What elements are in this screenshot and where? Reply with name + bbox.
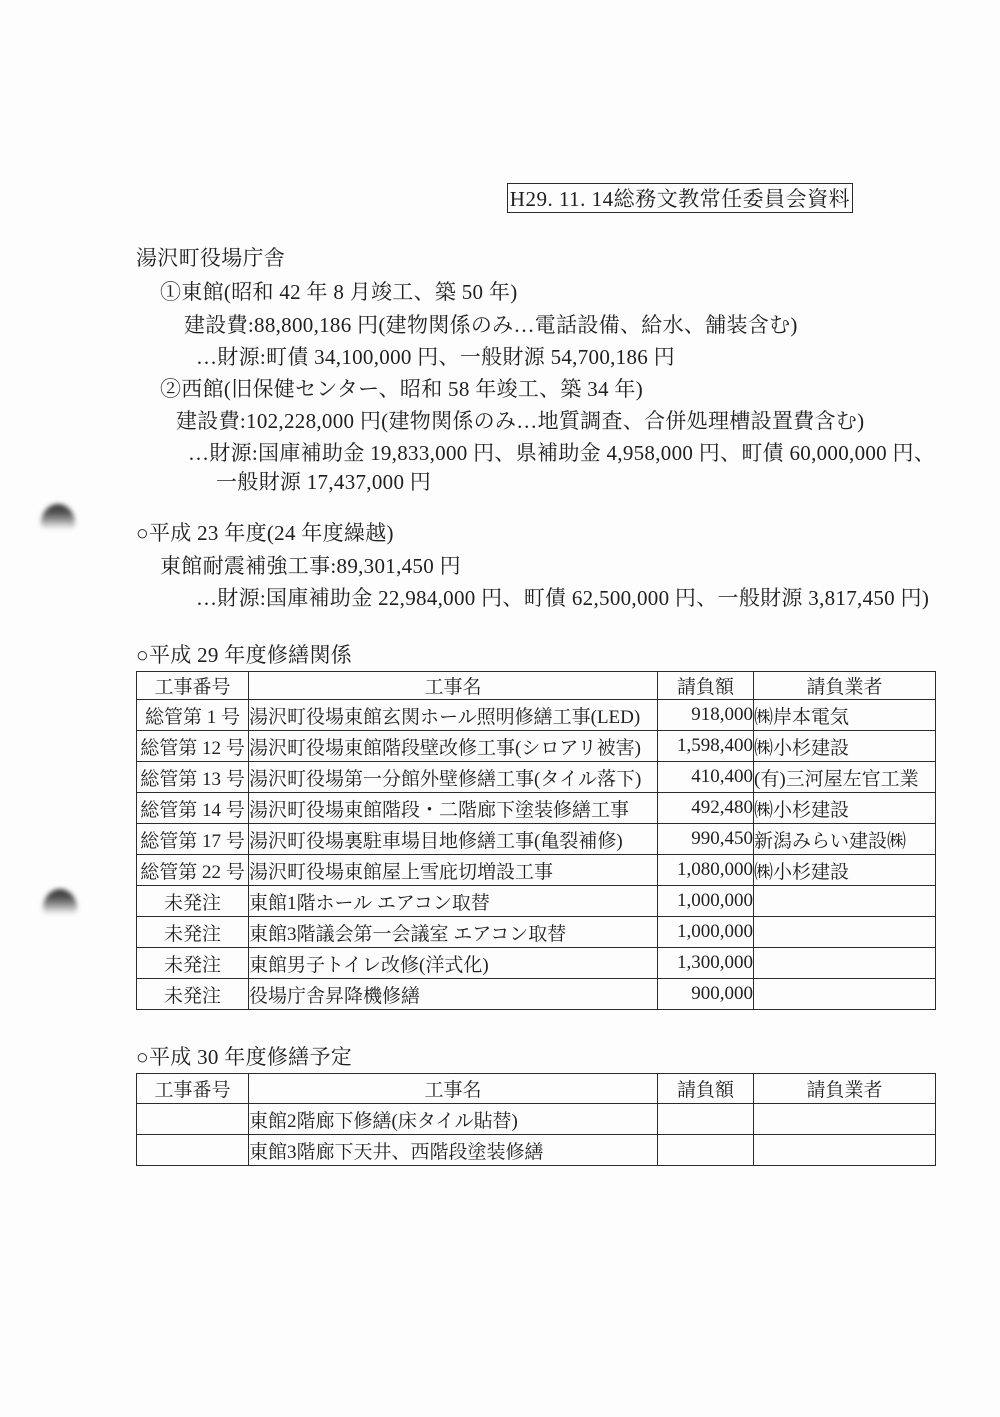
west-building-heading: ②西館(旧保健センター、昭和 58 年竣工、築 34 年): [160, 377, 643, 401]
col-header-work-name: 工事名: [249, 672, 658, 700]
cell-contractor: ㈱岸本電気: [754, 700, 936, 731]
scanned-document-page: H29. 11. 14総務文教常任委員会資料 湯沢町役場庁舎 ①東館(昭和 42…: [0, 0, 1000, 1417]
table-row: 総管第 1 号 湯沢町役場東館玄関ホール照明修繕工事(LED) 918,000 …: [137, 700, 936, 731]
cell-work-no: 総管第 14 号: [137, 793, 249, 824]
cell-work-no: [137, 1135, 249, 1166]
cell-work-name: 役場庁舎昇降機修繕: [249, 979, 658, 1010]
cell-amount: 492,480: [658, 793, 754, 824]
table-row: 総管第 12 号 湯沢町役場東館階段壁改修工事(シロアリ被害) 1,598,40…: [137, 731, 936, 762]
west-building-finance-line1: …財源:国庫補助金 19,833,000 円、県補助金 4,958,000 円、…: [188, 441, 935, 465]
cell-work-no: 未発注: [137, 979, 249, 1010]
col-header-amount: 請負額: [658, 672, 754, 700]
h29-repair-table: 工事番号 工事名 請負額 請負業者 総管第 1 号 湯沢町役場東館玄関ホール照明…: [136, 671, 936, 1010]
table-row: 未発注 東館3階議会第一会議室 エアコン取替 1,000,000: [137, 917, 936, 948]
cell-contractor: ㈱小杉建設: [754, 731, 936, 762]
east-building-heading: ①東館(昭和 42 年 8 月竣工、築 50 年): [160, 280, 518, 304]
east-building-cost: 建設費:88,800,186 円(建物関係のみ…電話設備、給水、舗装含む): [184, 313, 798, 337]
cell-contractor: [754, 1104, 936, 1135]
cell-work-name: 湯沢町役場東館階段・二階廊下塗装修繕工事: [249, 793, 658, 824]
cell-work-no: 未発注: [137, 886, 249, 917]
cell-amount: 410,400: [658, 762, 754, 793]
cell-work-no: 未発注: [137, 917, 249, 948]
cell-contractor: [754, 886, 936, 917]
west-building-cost: 建設費:102,228,000 円(建物関係のみ…地質調査、合併処理槽設置費含む…: [176, 409, 864, 433]
cell-work-name: 湯沢町役場東館玄関ホール照明修繕工事(LED): [249, 700, 658, 731]
punch-hole-shadow-artifact: [41, 504, 75, 531]
cell-amount: 1,080,000: [658, 855, 754, 886]
cell-contractor: 新潟みらい建設㈱: [754, 824, 936, 855]
table-row: 総管第 17 号 湯沢町役場裏駐車場目地修繕工事(亀裂補修) 990,450 新…: [137, 824, 936, 855]
cell-amount: 1,300,000: [658, 948, 754, 979]
cell-amount: 1,000,000: [658, 886, 754, 917]
document-header-label: H29. 11. 14総務文教常任委員会資料: [510, 183, 850, 213]
h29-section-heading: ○平成 29 年度修繕関係: [136, 643, 352, 667]
col-header-contractor: 請負業者: [754, 672, 936, 700]
cell-work-name: 東館男子トイレ改修(洋式化): [249, 948, 658, 979]
punch-hole-shadow-artifact: [43, 889, 77, 916]
cell-contractor: [754, 948, 936, 979]
east-building-finance: …財源:町債 34,100,000 円、一般財源 54,700,186 円: [196, 345, 675, 369]
h23-section-heading: ○平成 23 年度(24 年度繰越): [136, 521, 394, 545]
table-row: 総管第 22 号 湯沢町役場東館屋上雪庇切増設工事 1,080,000 ㈱小杉建…: [137, 855, 936, 886]
cell-work-name: 東館2階廊下修繕(床タイル貼替): [249, 1104, 658, 1135]
cell-work-name: 東館3階廊下天井、西階段塗装修繕: [249, 1135, 658, 1166]
cell-amount: [658, 1104, 754, 1135]
col-header-amount: 請負額: [658, 1074, 754, 1104]
col-header-contractor: 請負業者: [754, 1074, 936, 1104]
cell-work-name: 東館1階ホール エアコン取替: [249, 886, 658, 917]
table-row: 東館2階廊下修繕(床タイル貼替): [137, 1104, 936, 1135]
cell-work-no: [137, 1104, 249, 1135]
cell-work-no: 総管第 17 号: [137, 824, 249, 855]
cell-work-name: 湯沢町役場裏駐車場目地修繕工事(亀裂補修): [249, 824, 658, 855]
cell-amount: [658, 1135, 754, 1166]
cell-work-no: 総管第 13 号: [137, 762, 249, 793]
cell-work-name: 東館3階議会第一会議室 エアコン取替: [249, 917, 658, 948]
cell-amount: 1,000,000: [658, 917, 754, 948]
table-row: 未発注 東館1階ホール エアコン取替 1,000,000: [137, 886, 936, 917]
table-row: 東館3階廊下天井、西階段塗装修繕: [137, 1135, 936, 1166]
cell-amount: 990,450: [658, 824, 754, 855]
h23-work-line: 東館耐震補強工事:89,301,450 円: [160, 554, 461, 578]
h23-finance-line: …財源:国庫補助金 22,984,000 円、町債 62,500,000 円、一…: [196, 586, 929, 610]
h30-planned-table: 工事番号 工事名 請負額 請負業者 東館2階廊下修繕(床タイル貼替) 東館3階廊…: [136, 1073, 936, 1166]
cell-amount: 918,000: [658, 700, 754, 731]
cell-work-name: 湯沢町役場東館階段壁改修工事(シロアリ被害): [249, 731, 658, 762]
cell-work-no: 総管第 1 号: [137, 700, 249, 731]
table-row: 総管第 14 号 湯沢町役場東館階段・二階廊下塗装修繕工事 492,480 ㈱小…: [137, 793, 936, 824]
cell-contractor: [754, 917, 936, 948]
col-header-work-no: 工事番号: [137, 1074, 249, 1104]
cell-work-name: 湯沢町役場第一分館外壁修繕工事(タイル落下): [249, 762, 658, 793]
cell-amount: 1,598,400: [658, 731, 754, 762]
building-title: 湯沢町役場庁舎: [136, 246, 285, 270]
cell-contractor: [754, 979, 936, 1010]
document-header-box: H29. 11. 14総務文教常任委員会資料: [507, 183, 853, 213]
table-row: 未発注 役場庁舎昇降機修繕 900,000: [137, 979, 936, 1010]
table-row: 未発注 東館男子トイレ改修(洋式化) 1,300,000: [137, 948, 936, 979]
table-row: 総管第 13 号 湯沢町役場第一分館外壁修繕工事(タイル落下) 410,400 …: [137, 762, 936, 793]
cell-contractor: (有)三河屋左官工業: [754, 762, 936, 793]
col-header-work-name: 工事名: [249, 1074, 658, 1104]
table-header-row: 工事番号 工事名 請負額 請負業者: [137, 1074, 936, 1104]
cell-contractor: ㈱小杉建設: [754, 855, 936, 886]
cell-work-no: 総管第 22 号: [137, 855, 249, 886]
h30-section-heading: ○平成 30 年度修繕予定: [136, 1045, 352, 1069]
cell-contractor: [754, 1135, 936, 1166]
table-header-row: 工事番号 工事名 請負額 請負業者: [137, 672, 936, 700]
cell-work-no: 未発注: [137, 948, 249, 979]
cell-contractor: ㈱小杉建設: [754, 793, 936, 824]
cell-work-name: 湯沢町役場東館屋上雪庇切増設工事: [249, 855, 658, 886]
col-header-work-no: 工事番号: [137, 672, 249, 700]
west-building-finance-line2: 一般財源 17,437,000 円: [216, 470, 431, 494]
cell-amount: 900,000: [658, 979, 754, 1010]
cell-work-no: 総管第 12 号: [137, 731, 249, 762]
